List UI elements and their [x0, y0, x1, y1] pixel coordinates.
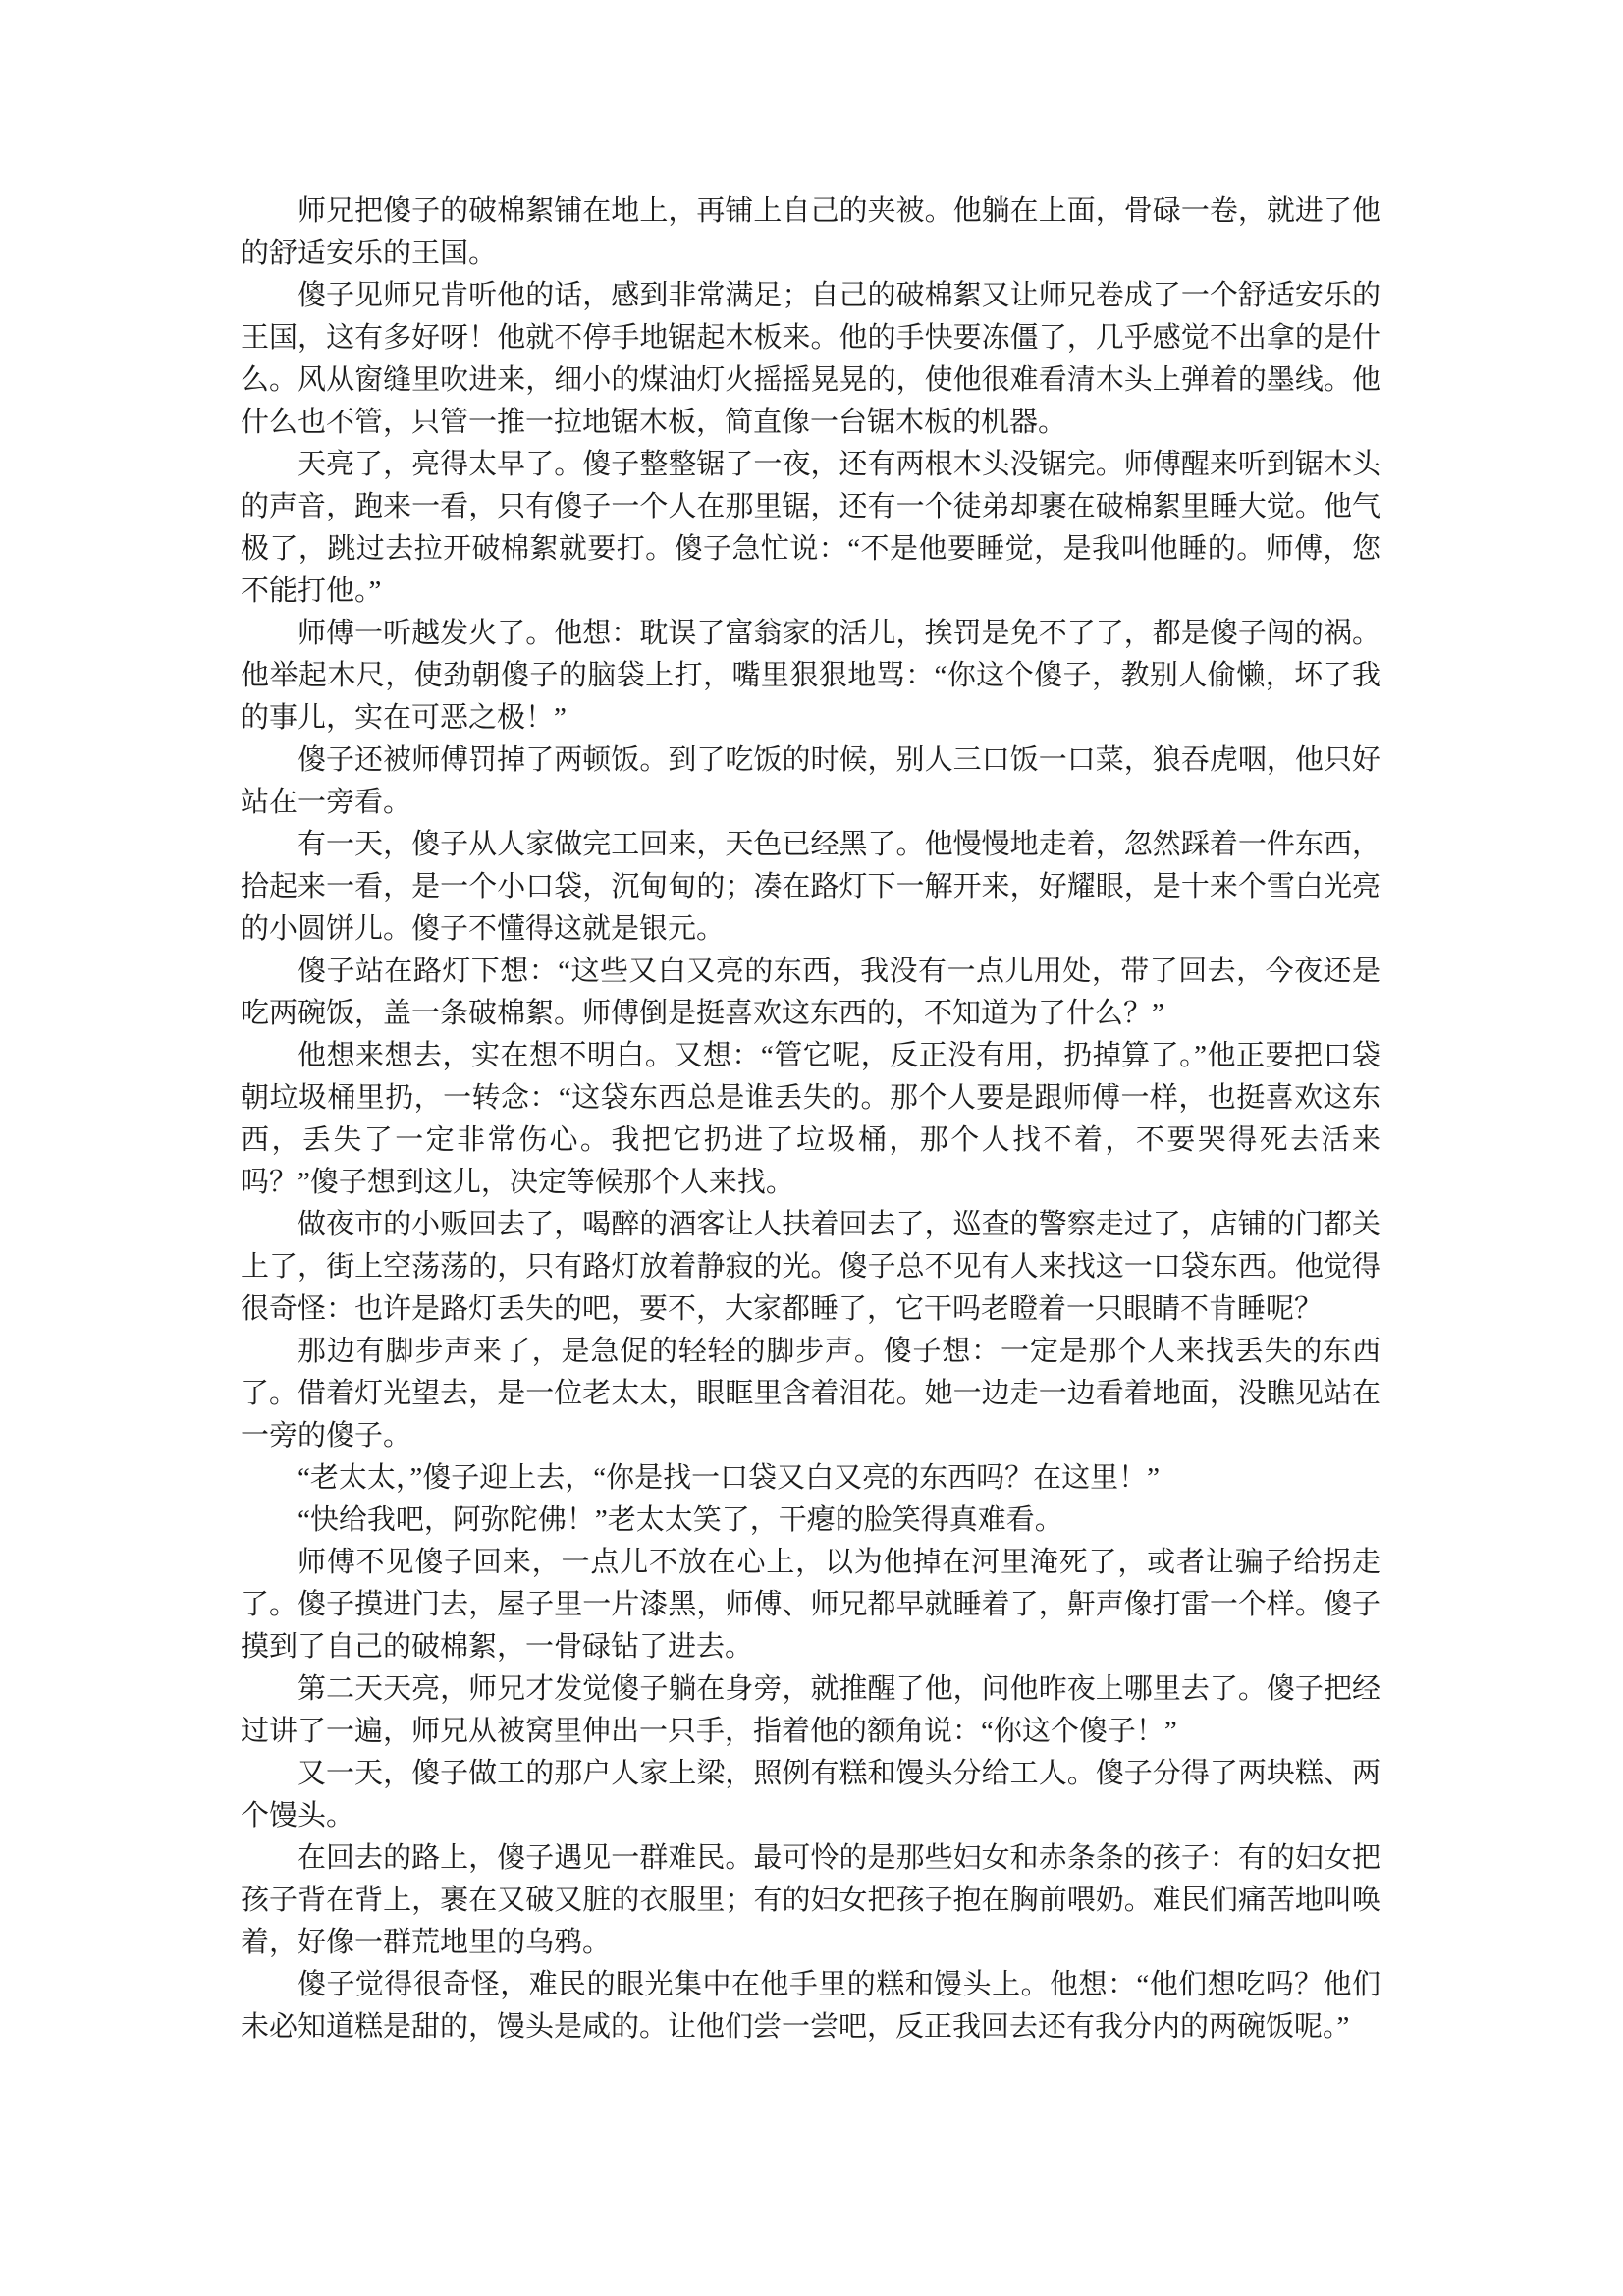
paragraph-14: 第二天天亮，师兄才发觉傻子躺在身旁，就推醒了他，问他昨夜上哪里去了。傻子把经过讲…: [241, 1668, 1380, 1753]
story-text-block: 师兄把傻子的破棉絮铺在地上，再铺上自己的夹被。他躺在上面，骨碌一卷，就进了他的舒…: [241, 191, 1380, 2049]
paragraph-1: 师兄把傻子的破棉絮铺在地上，再铺上自己的夹被。他躺在上面，骨碌一卷，就进了他的舒…: [241, 191, 1380, 275]
paragraph-5: 傻子还被师傅罚掉了两顿饭。到了吃饭的时候，别人三口饭一口菜，狼吞虎咽，他只好站在…: [241, 739, 1380, 824]
paragraph-8: 他想来想去，实在想不明白。又想：“管它呢，反正没有用，扔掉算了。”他正要把口袋朝…: [241, 1035, 1380, 1204]
paragraph-7: 傻子站在路灯下想：“这些又白又亮的东西，我没有一点儿用处，带了回去，今夜还是吃两…: [241, 951, 1380, 1035]
paragraph-6: 有一天，傻子从人家做完工回来，天色已经黑了。他慢慢地走着，忽然踩着一件东西，拾起…: [241, 824, 1380, 951]
paragraph-9: 做夜市的小贩回去了，喝醉的酒客让人扶着回去了，巡查的警察走过了，店铺的门都关上了…: [241, 1204, 1380, 1331]
paragraph-2: 傻子见师兄肯听他的话，感到非常满足；自己的破棉絮又让师兄卷成了一个舒适安乐的王国…: [241, 275, 1380, 444]
paragraph-10: 那边有脚步声来了，是急促的轻轻的脚步声。傻子想：一定是那个人来找丢失的东西了。借…: [241, 1331, 1380, 1457]
paragraph-12: “快给我吧，阿弥陀佛！”老太太笑了，干瘪的脸笑得真难看。: [241, 1500, 1380, 1542]
paragraph-16: 在回去的路上，傻子遇见一群难民。最可怜的是那些妇女和赤条条的孩子：有的妇女把孩子…: [241, 1837, 1380, 1964]
document-page: 师兄把傻子的破棉絮铺在地上，再铺上自己的夹被。他躺在上面，骨碌一卷，就进了他的舒…: [0, 0, 1623, 2296]
paragraph-17: 傻子觉得很奇怪，难民的眼光集中在他手里的糕和馒头上。他想：“他们想吃吗？他们未必…: [241, 1964, 1380, 2049]
paragraph-11: “老太太，”傻子迎上去，“你是找一口袋又白又亮的东西吗？在这里！”: [241, 1457, 1380, 1500]
paragraph-13: 师傅不见傻子回来，一点儿不放在心上，以为他掉在河里淹死了，或者让骗子给拐走了。傻…: [241, 1542, 1380, 1668]
paragraph-3: 天亮了，亮得太早了。傻子整整锯了一夜，还有两根木头没锯完。师傅醒来听到锯木头的声…: [241, 444, 1380, 613]
paragraph-4: 师傅一听越发火了。他想：耽误了富翁家的活儿，挨罚是免不了了，都是傻子闯的祸。他举…: [241, 613, 1380, 739]
paragraph-15: 又一天，傻子做工的那户人家上梁，照例有糕和馒头分给工人。傻子分得了两块糕、两个馒…: [241, 1753, 1380, 1837]
